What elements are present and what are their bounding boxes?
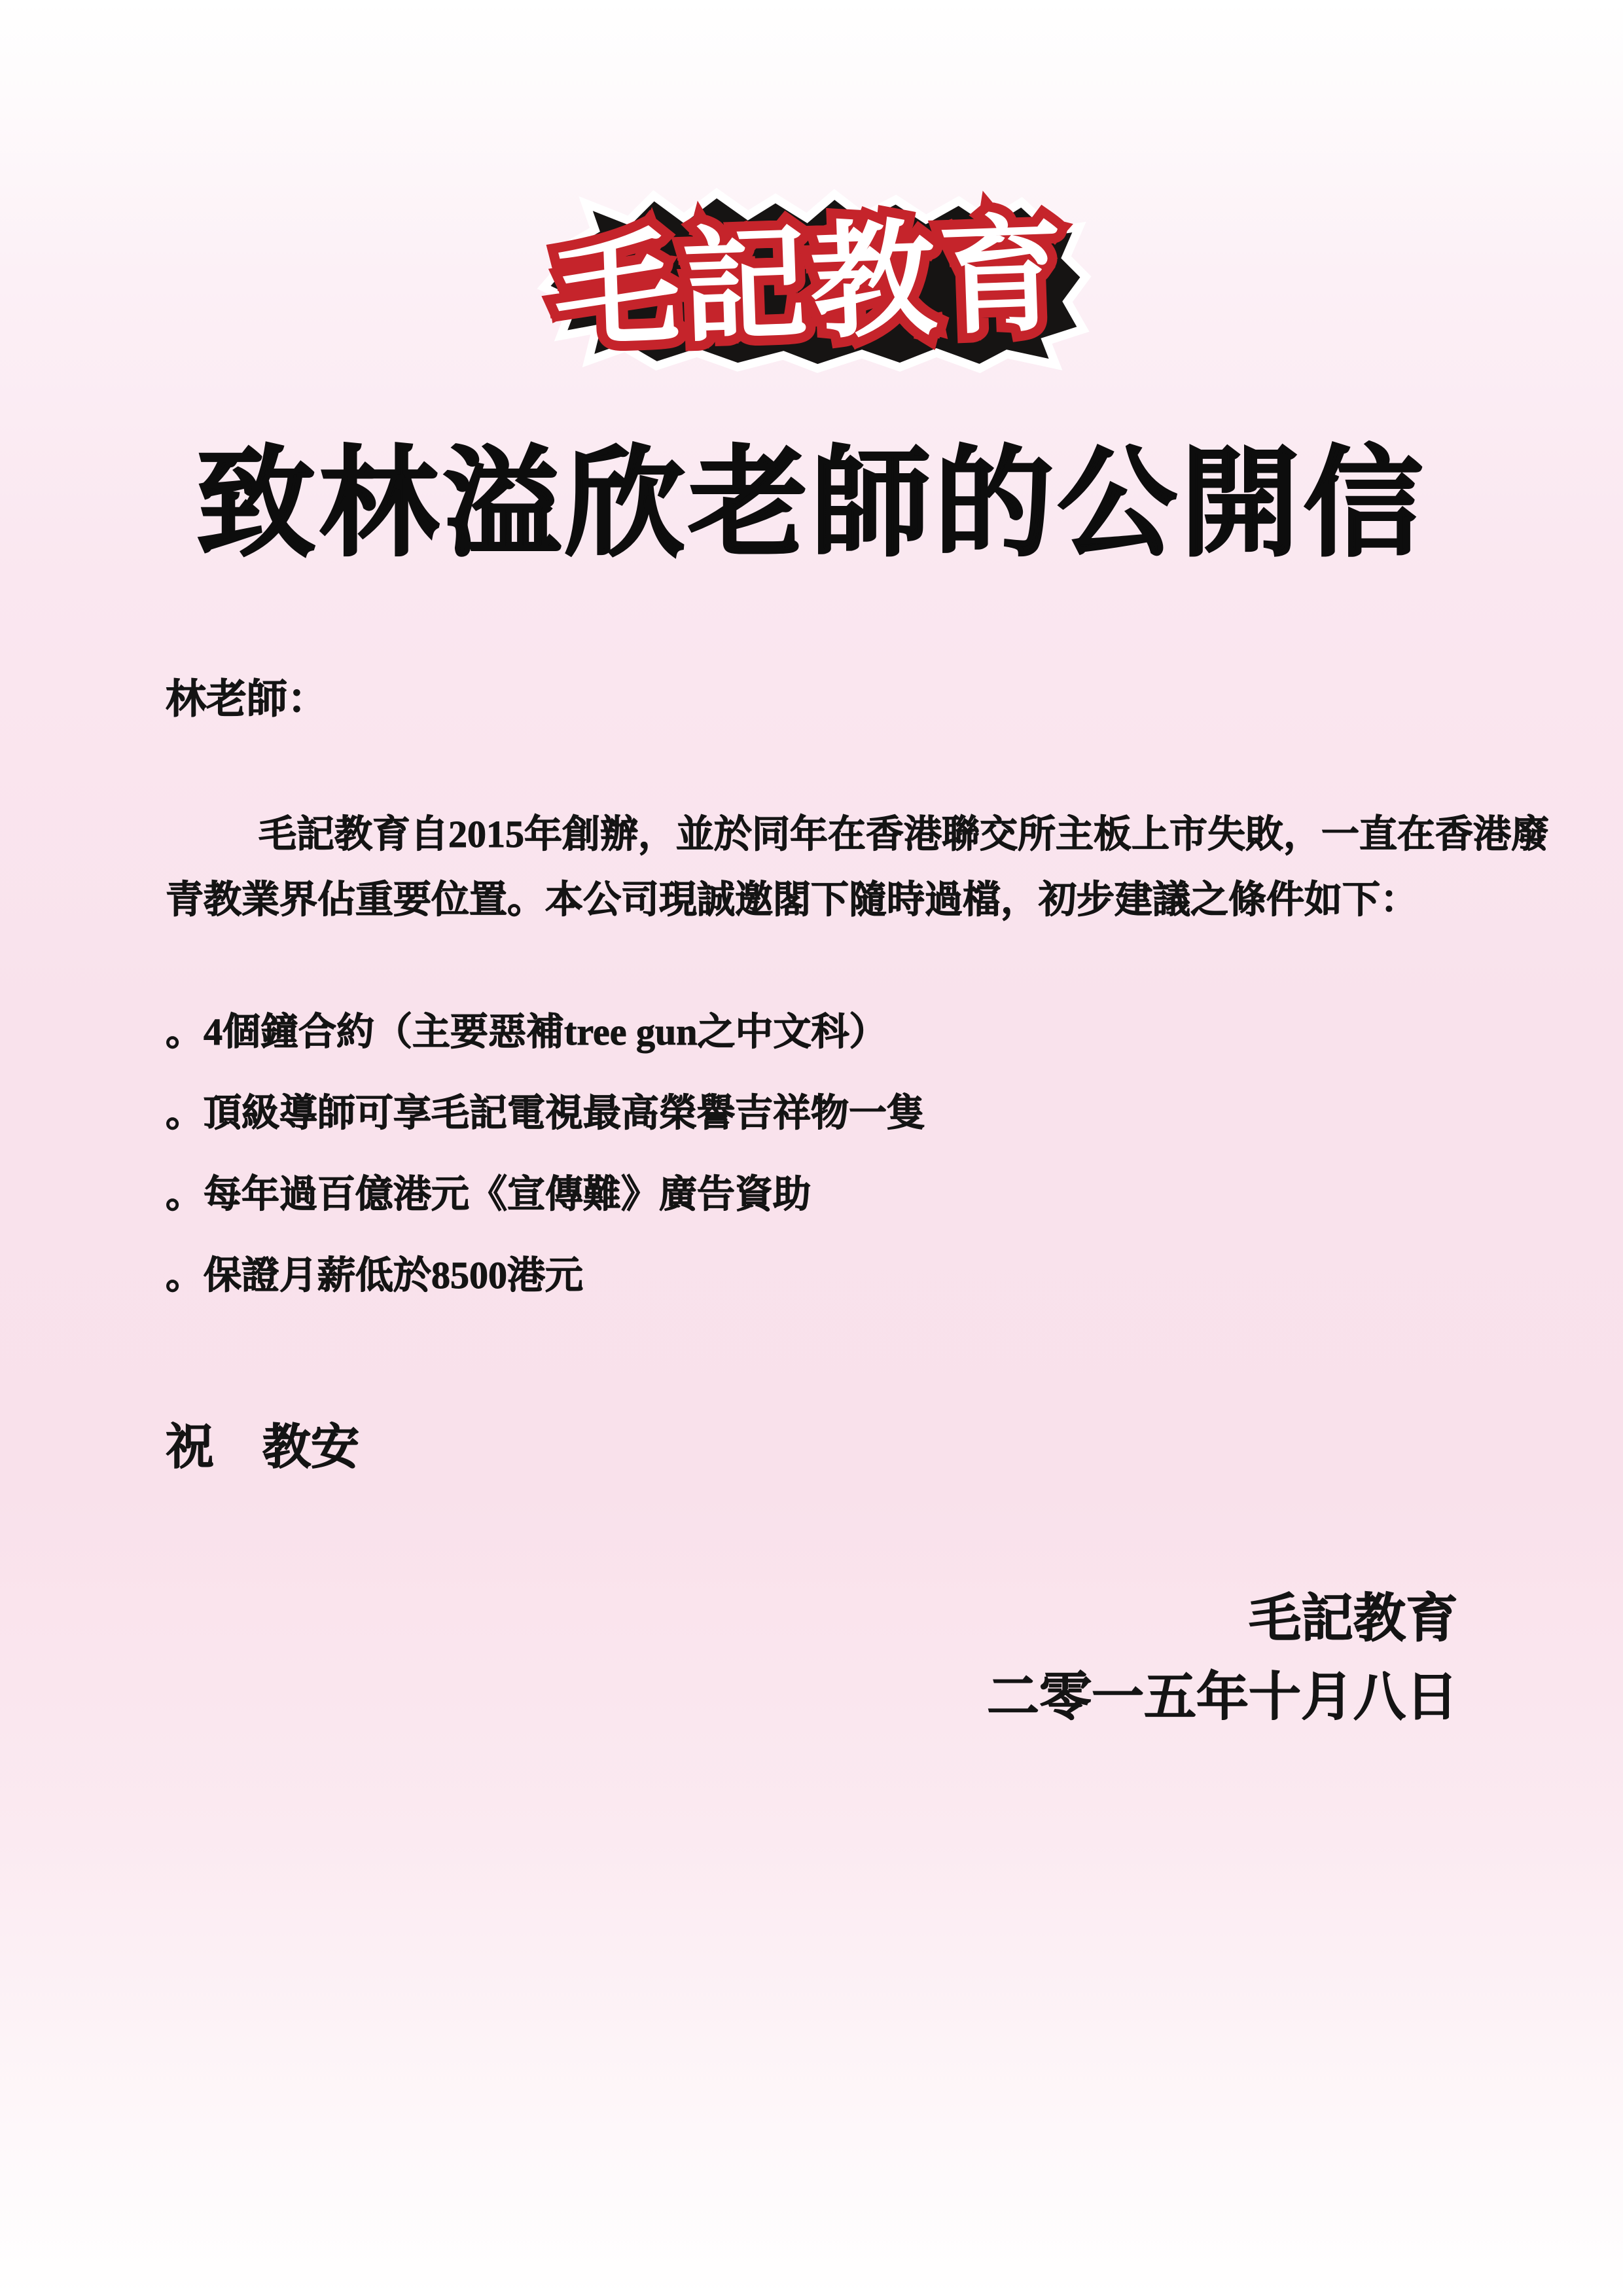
letter-title: 致林溢欣老師的公開信 bbox=[0, 440, 1623, 571]
paragraph-line: 毛記教育自2015年創辦，並於同年在香港聯交所主板上市失敗，一直在香港廢 bbox=[166, 812, 1549, 857]
offer-item: 。每年過百億港元《宣傳難》廣告資助 bbox=[166, 1172, 811, 1217]
offer-item: 。保證月薪低於8500港元 bbox=[166, 1253, 583, 1299]
salutation: 林老師： bbox=[166, 675, 328, 724]
signature-company: 毛記教育 bbox=[1249, 1589, 1458, 1649]
logo-text: 毛記教育 bbox=[552, 204, 1069, 362]
closing-wish: 祝 教安 bbox=[166, 1419, 359, 1477]
signature-date: 二零一五年十月八日 bbox=[987, 1668, 1458, 1728]
offer-item: 。4個鐘合約（主要惡補tree gun之中文科） bbox=[166, 1009, 887, 1055]
open-letter-page: 毛記教育 致林溢欣老師的公開信 林老師： 毛記教育自2015年創辦，並於同年在香… bbox=[0, 0, 1623, 2296]
paragraph-line: 青教業界佔重要位置。本公司現誠邀閣下隨時過檔，初步建議之條件如下： bbox=[166, 877, 1418, 923]
logo-badge-graphic: 毛記教育 bbox=[532, 188, 1088, 373]
maoji-education-logo: 毛記教育 bbox=[532, 188, 1088, 373]
offer-item: 。頂級導師可享毛記電視最高榮譽吉祥物一隻 bbox=[166, 1090, 925, 1136]
